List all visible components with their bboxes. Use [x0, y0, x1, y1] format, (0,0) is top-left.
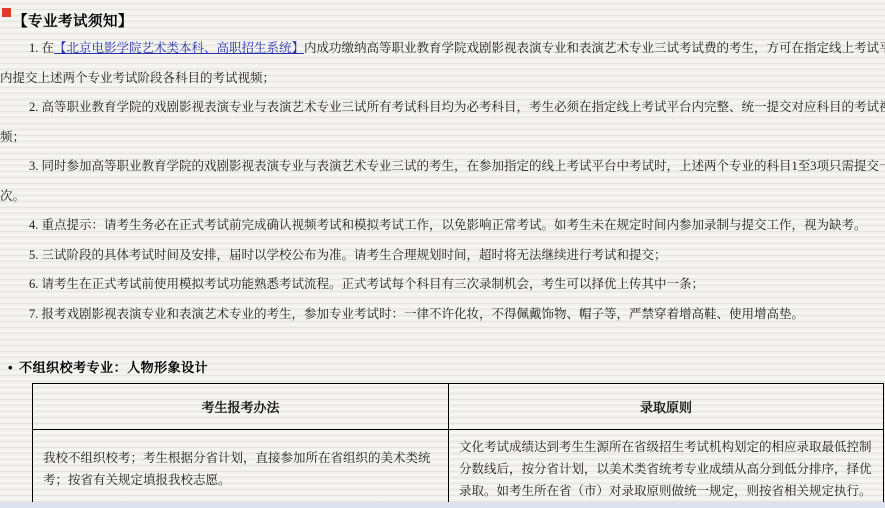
- notice-item-1-prefix: 1. 在: [29, 41, 54, 55]
- notice-item-5: 5. 三试阶段的具体考试时间及安排，届时以学校公布为准。请考生合理规划时间，超时…: [0, 241, 885, 271]
- section-heading-text: 不组织校考专业：人物形象设计: [19, 360, 208, 375]
- table-row: 我校不组织校考；考生根据分省计划，直接参加所在省组织的美术类统考；按省有关规定填…: [33, 430, 884, 508]
- table-header-application-method: 考生报考办法: [33, 384, 449, 430]
- cell-application-method: 我校不组织校考；考生根据分省计划，直接参加所在省组织的美术类统考；按省有关规定填…: [33, 430, 449, 508]
- notice-item-2: 2. 高等职业教育学院的戏剧影视表演专业与表演艺术专业三试所有考试科目均为必考科…: [0, 93, 885, 152]
- notice-item-1: 1. 在【北京电影学院艺术类本科、高职招生系统】内成功缴纳高等职业教育学院戏剧影…: [0, 34, 885, 93]
- admission-system-link[interactable]: 【北京电影学院艺术类本科、高职招生系统】: [54, 41, 304, 55]
- section-heading-no-school-exam: •不组织校考专业：人物形象设计: [8, 357, 885, 376]
- cell-admission-principle: 文化考试成绩达到考生生源所在省级招生考试机构划定的相应录取最低控制分数线后，按分…: [449, 430, 884, 508]
- bullet-icon: •: [8, 360, 13, 375]
- notice-item-4: 4. 重点提示：请考生务必在正式考试前完成确认视频考试和模拟考试工作，以免影响正…: [0, 211, 885, 241]
- notice-item-7: 7. 报考戏剧影视表演专业和表演艺术专业的考生，参加专业考试时：一律不许化妆，不…: [0, 300, 885, 330]
- red-corner-marker: [2, 8, 11, 17]
- notice-item-6: 6. 请考生在正式考试前使用模拟考试功能熟悉考试流程。正式考试每个科目有三次录制…: [0, 270, 885, 300]
- table-header-row: 考生报考办法 录取原则: [33, 384, 884, 430]
- page-title: 【专业考试须知】: [13, 10, 885, 31]
- notice-item-3: 3. 同时参加高等职业教育学院的戏剧影视表演专业与表演艺术专业三试的考生，在参加…: [0, 152, 885, 211]
- recruitment-table: 考生报考办法 录取原则 我校不组织校考；考生根据分省计划，直接参加所在省组织的美…: [32, 383, 884, 508]
- table-header-admission-principle: 录取原则: [449, 384, 884, 430]
- notice-body: 1. 在【北京电影学院艺术类本科、高职招生系统】内成功缴纳高等职业教育学院戏剧影…: [0, 34, 885, 329]
- bottom-strip: [0, 502, 885, 508]
